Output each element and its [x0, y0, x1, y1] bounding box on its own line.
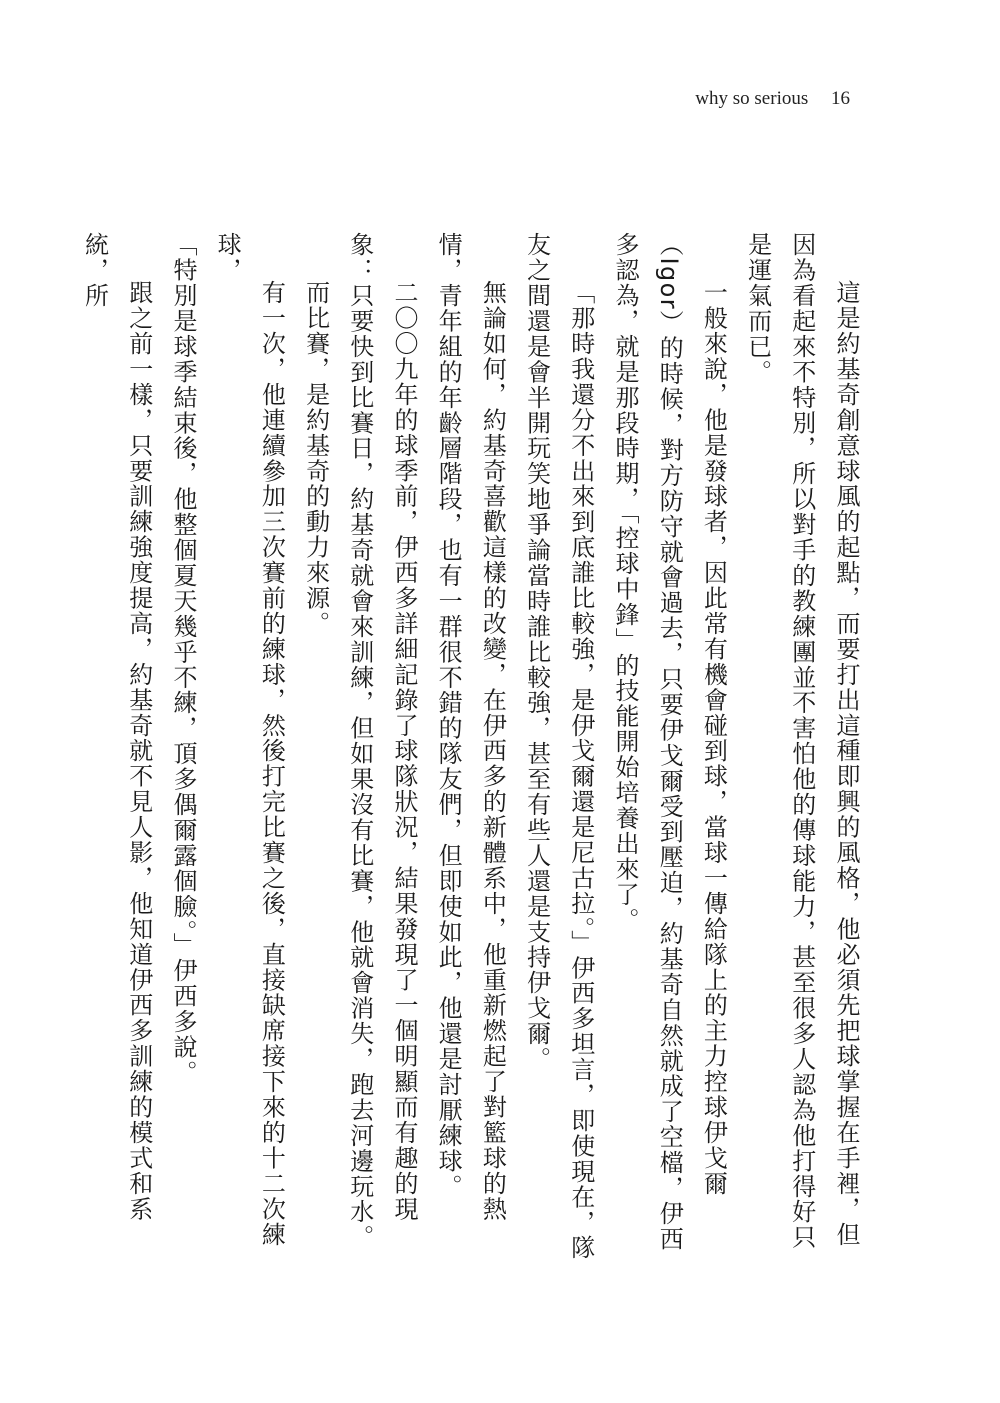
- paragraph: 而比賽，是約基奇的動力來源。: [293, 232, 337, 1262]
- vertical-body-text: 這是約基奇創意球風的起點，而要打出這種即興的風格，他必須先把球掌握在手裡，但因為…: [72, 232, 868, 1262]
- paragraph: 有一次，他連續參加三次賽前的練球，然後打完比賽之後，直接缺席接下來的十二次練球，: [205, 232, 293, 1262]
- paragraph: 跟之前一樣，只要訓練強度提高，約基奇就不見人影，他知道伊西多訓練的模式和系統，所: [72, 232, 160, 1262]
- paragraph: 一般來說，他是發球者，因此常有機會碰到球，當球一傳給隊上的主力控球伊戈爾（Igo…: [603, 232, 736, 1262]
- paragraph: 無論如何，約基奇喜歡這樣的改變，在伊西多的新體系中，他重新燃起了對籃球的熱情，青…: [426, 232, 514, 1262]
- paragraph: 二〇〇九年的球季前，伊西多詳細記錄了球隊狀況，結果發現了一個明顯而有趣的現象：只…: [338, 232, 426, 1262]
- page-number: 16: [831, 88, 850, 109]
- paragraph: 這是約基奇創意球風的起點，而要打出這種即興的風格，他必須先把球掌握在手裡，但因為…: [735, 232, 868, 1262]
- running-title: why so serious: [695, 88, 808, 109]
- paragraph: 「那時我還分不出來到底誰比較強，是伊戈爾還是尼古拉。」伊西多坦言，即使現在，隊友…: [514, 232, 602, 1262]
- running-header: why so serious 16: [695, 88, 850, 110]
- paragraph: 「特別是球季結束後，他整個夏天幾乎不練，頂多偶爾露個臉。」伊西多說。: [161, 232, 205, 1262]
